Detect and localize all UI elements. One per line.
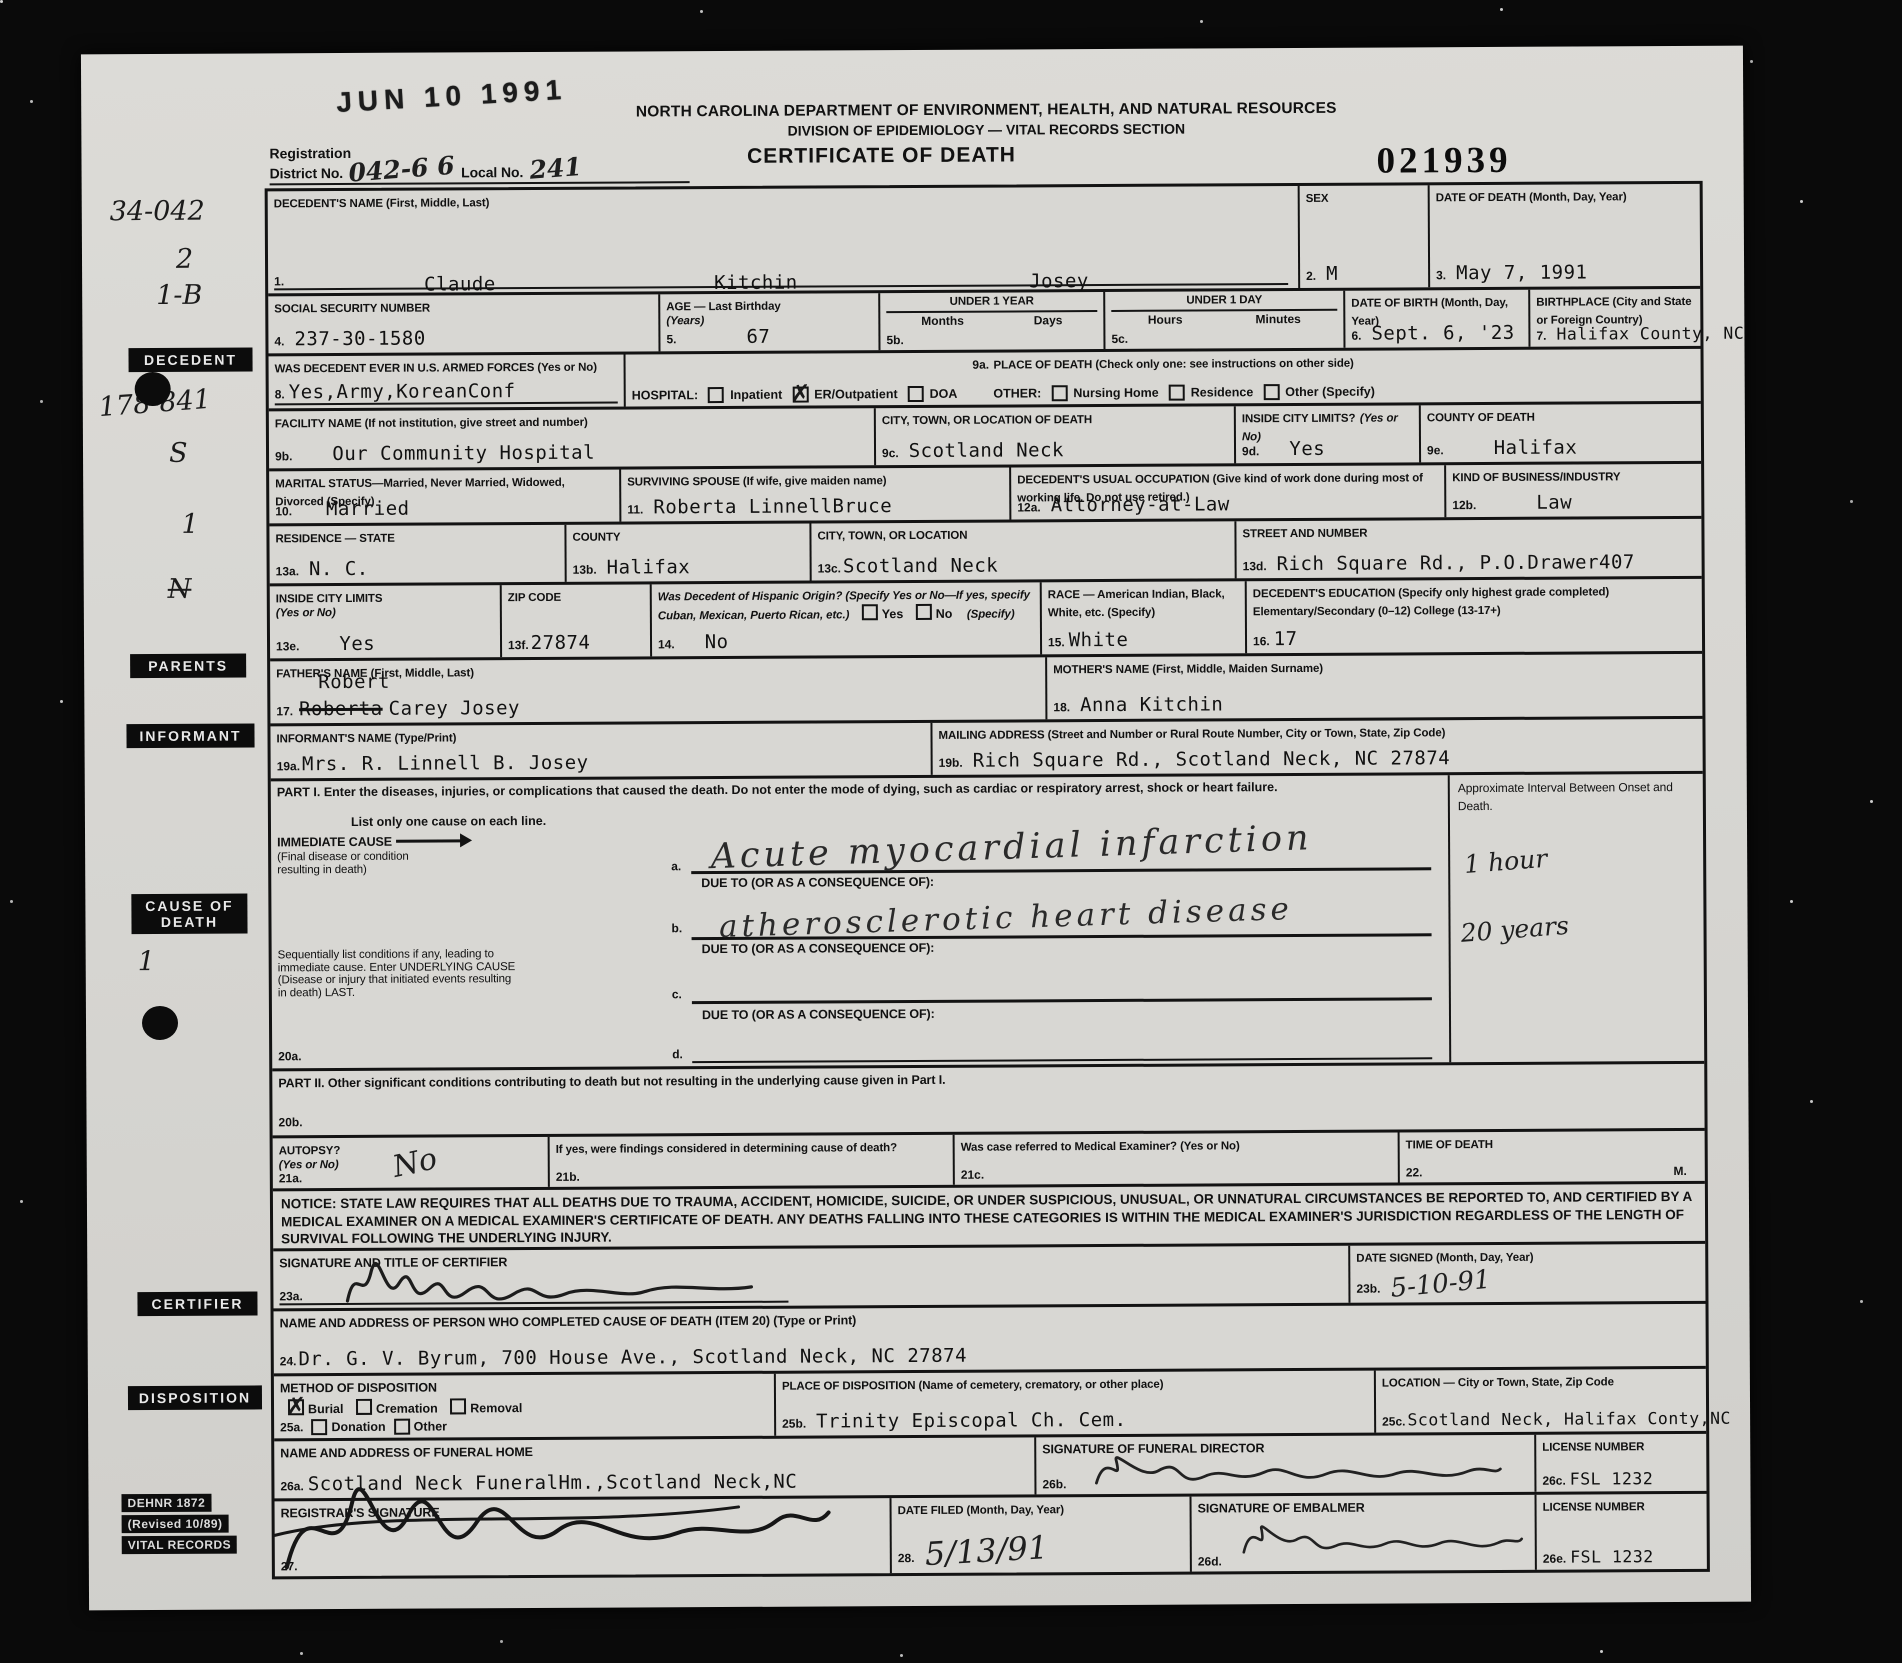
field-race: RACE — American Indian, Black, White, et… — [1042, 581, 1247, 654]
form-id-block: DEHNR 1872 (Revised 10/89) VITAL RECORDS — [121, 1494, 237, 1558]
embalmer-license-value: FSL 1232 — [1570, 1547, 1654, 1566]
checkbox-removal — [450, 1398, 466, 1414]
date-signed-value: 5-10-91 — [1389, 1265, 1492, 1304]
field-place-of-disposition: PLACE OF DISPOSITION (Name of cemetery, … — [776, 1371, 1376, 1436]
residence-state-value: N. C. — [309, 558, 369, 580]
margin-note: 34-042 — [110, 196, 205, 227]
father-name-correction: Robert — [318, 671, 390, 693]
checkbox-nursing-home — [1051, 385, 1067, 401]
row-autopsy: AUTOPSY? (Yes or No) No 21a. If yes, wer… — [273, 1131, 1705, 1191]
informant-name-value: Mrs. R. Linnell B. Josey — [302, 752, 589, 776]
hole-punch-dot — [135, 372, 171, 406]
field-place-of-death: 9a. PLACE OF DEATH (Check only one: see … — [626, 349, 1701, 407]
armed-forces-value: Yes,Army,KoreanConf — [289, 380, 516, 403]
form-revision: (Revised 10/89) — [122, 1515, 229, 1534]
field-mailing-address: MAILING ADDRESS (Street and Number or Ru… — [932, 719, 1702, 775]
education-value: 17 — [1274, 628, 1298, 650]
row-zip-race-education: INSIDE CITY LIMITS (Yes or No) 13e. Yes … — [270, 579, 1702, 661]
part1-instructions-2: List only one cause on each line. — [351, 814, 546, 830]
cause-b-value: atherosclerotic heart disease — [718, 891, 1293, 945]
field-medical-examiner-referral: Was case referred to Medical Examiner? (… — [955, 1132, 1400, 1184]
checkbox-er-outpatient-checked — [792, 387, 808, 403]
field-ssn: SOCIAL SECURITY NUMBER 4. 237-30-1580 — [268, 294, 660, 353]
row-disposition: METHOD OF DISPOSITION Burial Cremation R… — [274, 1369, 1706, 1441]
field-armed-forces: WAS DECEDENT EVER IN U.S. ARMED FORCES (… — [269, 355, 626, 409]
checkbox-hispanic-yes — [862, 604, 878, 620]
field-zip-code: ZIP CODE 13f. 27874 — [502, 584, 652, 657]
city-of-death-value: Scotland Neck — [909, 439, 1064, 462]
field-embalmer-license: LICENSE NUMBER 26e. FSL 1232 — [1536, 1494, 1706, 1570]
underlying-cause-note: Sequentially list conditions if any, lea… — [278, 948, 518, 999]
margin-note: S — [169, 438, 188, 469]
checkbox-hispanic-no — [916, 604, 932, 620]
occupation-value: Attorney-at-Law — [1051, 493, 1230, 516]
margin-note: 1 — [138, 946, 155, 977]
field-residence-street: STREET AND NUMBER 13d. Rich Square Rd., … — [1236, 519, 1701, 578]
field-autopsy: AUTOPSY? (Yes or No) No 21a. — [273, 1137, 550, 1188]
age-value: 67 — [746, 326, 770, 348]
inside-limits-death-value: Yes — [1289, 438, 1325, 460]
division-name: DIVISION OF EPIDEMIOLOGY — VITAL RECORDS… — [411, 119, 1561, 141]
field-date-signed: DATE SIGNED (Month, Day, Year) 23b. 5-10… — [1350, 1244, 1705, 1303]
field-inside-city-limits-death: INSIDE CITY LIMITS? (Yes or No) 9d. Yes — [1236, 405, 1421, 463]
date-filed-value: 5/13/91 — [923, 1528, 1048, 1573]
row-informant: INFORMANT'S NAME (Type/Print) 19a. Mrs. … — [270, 719, 1702, 781]
checkbox-residence — [1169, 385, 1185, 401]
field-sex: SEX 2. M — [1300, 185, 1431, 288]
margin-note: 1-B — [156, 280, 202, 311]
checkbox-disposition-other — [394, 1419, 410, 1435]
margin-note: N — [168, 574, 192, 605]
field-funeral-director-signature: SIGNATURE OF FUNERAL DIRECTOR 26b. — [1036, 1435, 1536, 1495]
death-certificate-document: JUN 10 1991 NORTH CAROLINA DEPARTMENT OF… — [81, 46, 1751, 1611]
checkbox-inpatient — [708, 387, 724, 403]
section-tab-disposition: DISPOSITION — [128, 1385, 262, 1410]
field-under-1-day: UNDER 1 DAY HoursMinutes 5c. — [1105, 291, 1345, 349]
time-of-death-meridiem: M. — [1673, 1164, 1686, 1178]
place-of-disposition-value: Trinity Episcopal Ch. Cem. — [816, 1409, 1127, 1433]
field-date-of-birth: DATE OF BIRTH (Month, Day, Year) 6. Sept… — [1345, 290, 1530, 348]
item-20a: 20a. — [278, 1049, 301, 1063]
field-registrar-signature: REGISTRAR'S SIGNATURE 27. — [275, 1498, 892, 1576]
field-completer: NAME AND ADDRESS OF PERSON WHO COMPLETED… — [274, 1304, 1706, 1373]
section-tab-cause-of-death: CAUSE OF DEATH — [131, 894, 247, 935]
field-date-of-death: DATE OF DEATH (Month, Day, Year) 3. May … — [1430, 184, 1701, 287]
interval-a-value: 1 hour — [1463, 844, 1548, 879]
row-armed-forces-place-of-death: WAS DECEDENT EVER IN U.S. ARMED FORCES (… — [269, 349, 1701, 411]
field-residence-county: COUNTY 13b. Halifax — [566, 524, 811, 582]
ssn-value: 237-30-1580 — [294, 328, 425, 351]
funeral-home-value: Scotland Neck FuneralHm.,Scotland Neck,N… — [308, 1471, 798, 1496]
decedent-last-name: Josey — [1029, 270, 1089, 292]
hispanic-origin-value: No — [705, 631, 729, 653]
zip-code-value: 27874 — [531, 632, 591, 654]
field-under-1-year: UNDER 1 YEAR MonthsDays 5b. — [880, 292, 1105, 350]
field-date-filed: DATE FILED (Month, Day, Year) 28. 5/13/9… — [892, 1497, 1192, 1574]
field-decedent-name: DECEDENT'S NAME (First, Middle, Last) 1.… — [268, 186, 1301, 293]
field-mother-name: MOTHER'S NAME (First, Middle, Maiden Sur… — [1047, 654, 1702, 719]
field-facility-name: FACILITY NAME (If not institution, give … — [269, 408, 876, 468]
field-interval-column: Approximate Interval Between Onset and D… — [1448, 774, 1704, 1062]
local-no-label: Local No. — [461, 166, 523, 179]
date-of-birth-value: Sept. 6, '23 — [1371, 322, 1514, 345]
field-birthplace: BIRTHPLACE (City and State or Foreign Co… — [1530, 289, 1700, 347]
date-of-death-value: May 7, 1991 — [1456, 261, 1587, 284]
field-education: DECEDENT'S EDUCATION (Specify only highe… — [1247, 579, 1702, 653]
checkbox-burial-checked — [288, 1399, 304, 1415]
margin-note: 2 — [176, 244, 193, 275]
row-part1-cause-of-death: PART I. Enter the diseases, injuries, or… — [271, 774, 1704, 1071]
county-of-death-value: Halifax — [1494, 437, 1578, 459]
decedent-name-label: DECEDENT'S NAME (First, Middle, Last) — [274, 197, 490, 210]
field-embalmer-signature: SIGNATURE OF EMBALMER 26d. — [1192, 1495, 1537, 1572]
mailing-address-value: Rich Square Rd., Scotland Neck, NC 27874 — [973, 747, 1451, 772]
field-certifier-signature: SIGNATURE AND TITLE OF CERTIFIER 23a. — [273, 1246, 1350, 1309]
row-residence: RESIDENCE — STATE 13a. N. C. COUNTY 13b.… — [269, 519, 1701, 586]
cause-a-value: Acute myocardial infarction — [710, 818, 1313, 877]
field-industry: KIND OF BUSINESS/INDUSTRY 12b. Law — [1446, 464, 1701, 517]
completer-value: Dr. G. V. Byrum, 700 House Ave., Scotlan… — [298, 1345, 967, 1371]
cause-line-b: atherosclerotic heart disease — [691, 883, 1431, 940]
field-inside-city-limits-res: INSIDE CITY LIMITS (Yes or No) 13e. Yes — [270, 585, 502, 658]
decedent-first-name: Claude — [424, 273, 496, 295]
residence-street-value: Rich Square Rd., P.O.Drawer407 — [1277, 551, 1635, 575]
disposition-location-value: Scotland Neck, Halifax Conty,NC — [1407, 1409, 1731, 1430]
form-office: VITAL RECORDS — [122, 1536, 237, 1555]
row-ssn-age-dob: SOCIAL SECURITY NUMBER 4. 237-30-1580 AG… — [268, 289, 1700, 356]
sex-value: M — [1326, 263, 1338, 285]
decedent-middle-name: Kitchin — [714, 272, 798, 294]
margin-note: 1 — [181, 509, 198, 540]
field-city-of-death: CITY, TOWN, OR LOCATION OF DEATH 9c. Sco… — [876, 406, 1236, 465]
field-informant-name: INFORMANT'S NAME (Type/Print) 19a. Mrs. … — [270, 723, 932, 778]
field-residence-state: RESIDENCE — STATE 13a. N. C. — [269, 525, 566, 584]
cause-line-a: Acute myocardial infarction — [691, 815, 1431, 874]
field-father-name: FATHER'S NAME (First, Middle, Last) Robe… — [270, 657, 1047, 723]
birthplace-value: Halifax County, NC — [1556, 324, 1744, 344]
immediate-cause-note: IMMEDIATE CAUSE (Final disease or condit… — [277, 832, 607, 877]
section-tab-certifier: CERTIFIER — [137, 1291, 257, 1316]
certificate-form: DECEDENT'S NAME (First, Middle, Last) 1.… — [265, 181, 1710, 1580]
row-funeral-home: NAME AND ADDRESS OF FUNERAL HOME 26a. Sc… — [274, 1434, 1706, 1501]
field-findings-considered: If yes, were findings considered in dete… — [550, 1135, 955, 1187]
field-method-of-disposition: METHOD OF DISPOSITION Burial Cremation R… — [274, 1374, 776, 1439]
row-certifier: SIGNATURE AND TITLE OF CERTIFIER 23a. DA… — [273, 1244, 1705, 1311]
form-number: DEHNR 1872 — [121, 1494, 211, 1512]
section-tab-informant: INFORMANT — [126, 723, 254, 748]
fd-license-value: FSL 1232 — [1570, 1469, 1654, 1488]
checkbox-doa — [908, 386, 924, 402]
checkbox-cremation — [356, 1399, 372, 1415]
field-fd-license: LICENSE NUMBER 26c. FSL 1232 — [1536, 1434, 1706, 1492]
row-decedent-name: DECEDENT'S NAME (First, Middle, Last) 1.… — [268, 184, 1701, 296]
checkbox-donation — [311, 1419, 327, 1435]
industry-value: Law — [1536, 492, 1572, 514]
surviving-spouse-value: Roberta LinnellBruce — [653, 495, 892, 518]
part1-instructions: PART I. Enter the diseases, injuries, or… — [277, 779, 1437, 800]
race-value: White — [1069, 629, 1129, 651]
field-county-of-death: COUNTY OF DEATH 9e. Halifax — [1421, 404, 1701, 462]
row-registrar: REGISTRAR'S SIGNATURE 27. DATE FILED (Mo… — [275, 1494, 1707, 1576]
field-surviving-spouse: SURVIVING SPOUSE (If wife, give maiden n… — [621, 467, 1011, 521]
certificate-number: 021939 — [1376, 139, 1511, 183]
scanned-page: JUN 10 1991 NORTH CAROLINA DEPARTMENT OF… — [0, 0, 1902, 1663]
immediate-cause-arrow — [396, 839, 462, 842]
marital-status-value: Married — [326, 498, 410, 520]
field-disposition-location: LOCATION — City or Town, State, Zip Code… — [1376, 1369, 1706, 1433]
field-hispanic-origin: Was Decedent of Hispanic Origin? (Specif… — [652, 582, 1042, 656]
father-name-rest: Carey Josey — [389, 697, 520, 720]
mother-name-value: Anna Kitchin — [1080, 693, 1223, 716]
field-funeral-home: NAME AND ADDRESS OF FUNERAL HOME 26a. Sc… — [274, 1437, 1036, 1498]
inside-limits-res-value: Yes — [339, 633, 375, 655]
scan-noise — [0, 0, 3, 3]
row-marital-occupation: MARITAL STATUS—Married, Never Married, W… — [269, 464, 1701, 526]
row-completer: NAME AND ADDRESS OF PERSON WHO COMPLETED… — [274, 1304, 1706, 1376]
field-occupation: DECEDENT'S USUAL OCCUPATION (Give kind o… — [1011, 465, 1446, 519]
row-parents: FATHER'S NAME (First, Middle, Last) Robe… — [270, 654, 1702, 726]
checkbox-other — [1263, 384, 1279, 400]
section-tab-parents: PARENTS — [130, 654, 246, 679]
section-tab-decedent: DECEDENT — [128, 347, 252, 372]
facility-name-value: Our Community Hospital — [332, 442, 595, 465]
row-facility: FACILITY NAME (If not institution, give … — [269, 404, 1701, 471]
district-no-label: District No. — [270, 166, 344, 179]
district-no-value: 042-6 6 — [349, 157, 456, 183]
interval-b-value: 20 years — [1460, 911, 1570, 948]
residence-county-value: Halifax — [607, 556, 691, 578]
row-notice: NOTICE: STATE LAW REQUIRES THAT ALL DEAT… — [273, 1184, 1705, 1251]
cause-line-c — [692, 997, 1432, 1004]
field-age: AGE — Last Birthday (Years) 5. 67 — [660, 293, 880, 351]
field-time-of-death: TIME OF DEATH 22. M. — [1400, 1131, 1705, 1183]
local-no-value: 241 — [529, 158, 582, 180]
medical-examiner-notice: NOTICE: STATE LAW REQUIRES THAT ALL DEAT… — [273, 1184, 1705, 1248]
field-marital-status: MARITAL STATUS—Married, Never Married, W… — [269, 470, 621, 524]
field-part2: PART II. Other significant conditions co… — [272, 1064, 1704, 1135]
registration-block: Registration District No. 042-6 6 Local … — [269, 143, 699, 185]
father-name-struck: Roberta — [299, 698, 383, 720]
residence-city-value: Scotland Neck — [843, 555, 998, 578]
cause-line-d — [692, 1057, 1432, 1063]
field-residence-city: CITY, TOWN, OR LOCATION 13c. Scotland Ne… — [811, 521, 1236, 580]
row-part2: PART II. Other significant conditions co… — [272, 1064, 1704, 1138]
hole-punch-dot — [142, 1006, 178, 1040]
